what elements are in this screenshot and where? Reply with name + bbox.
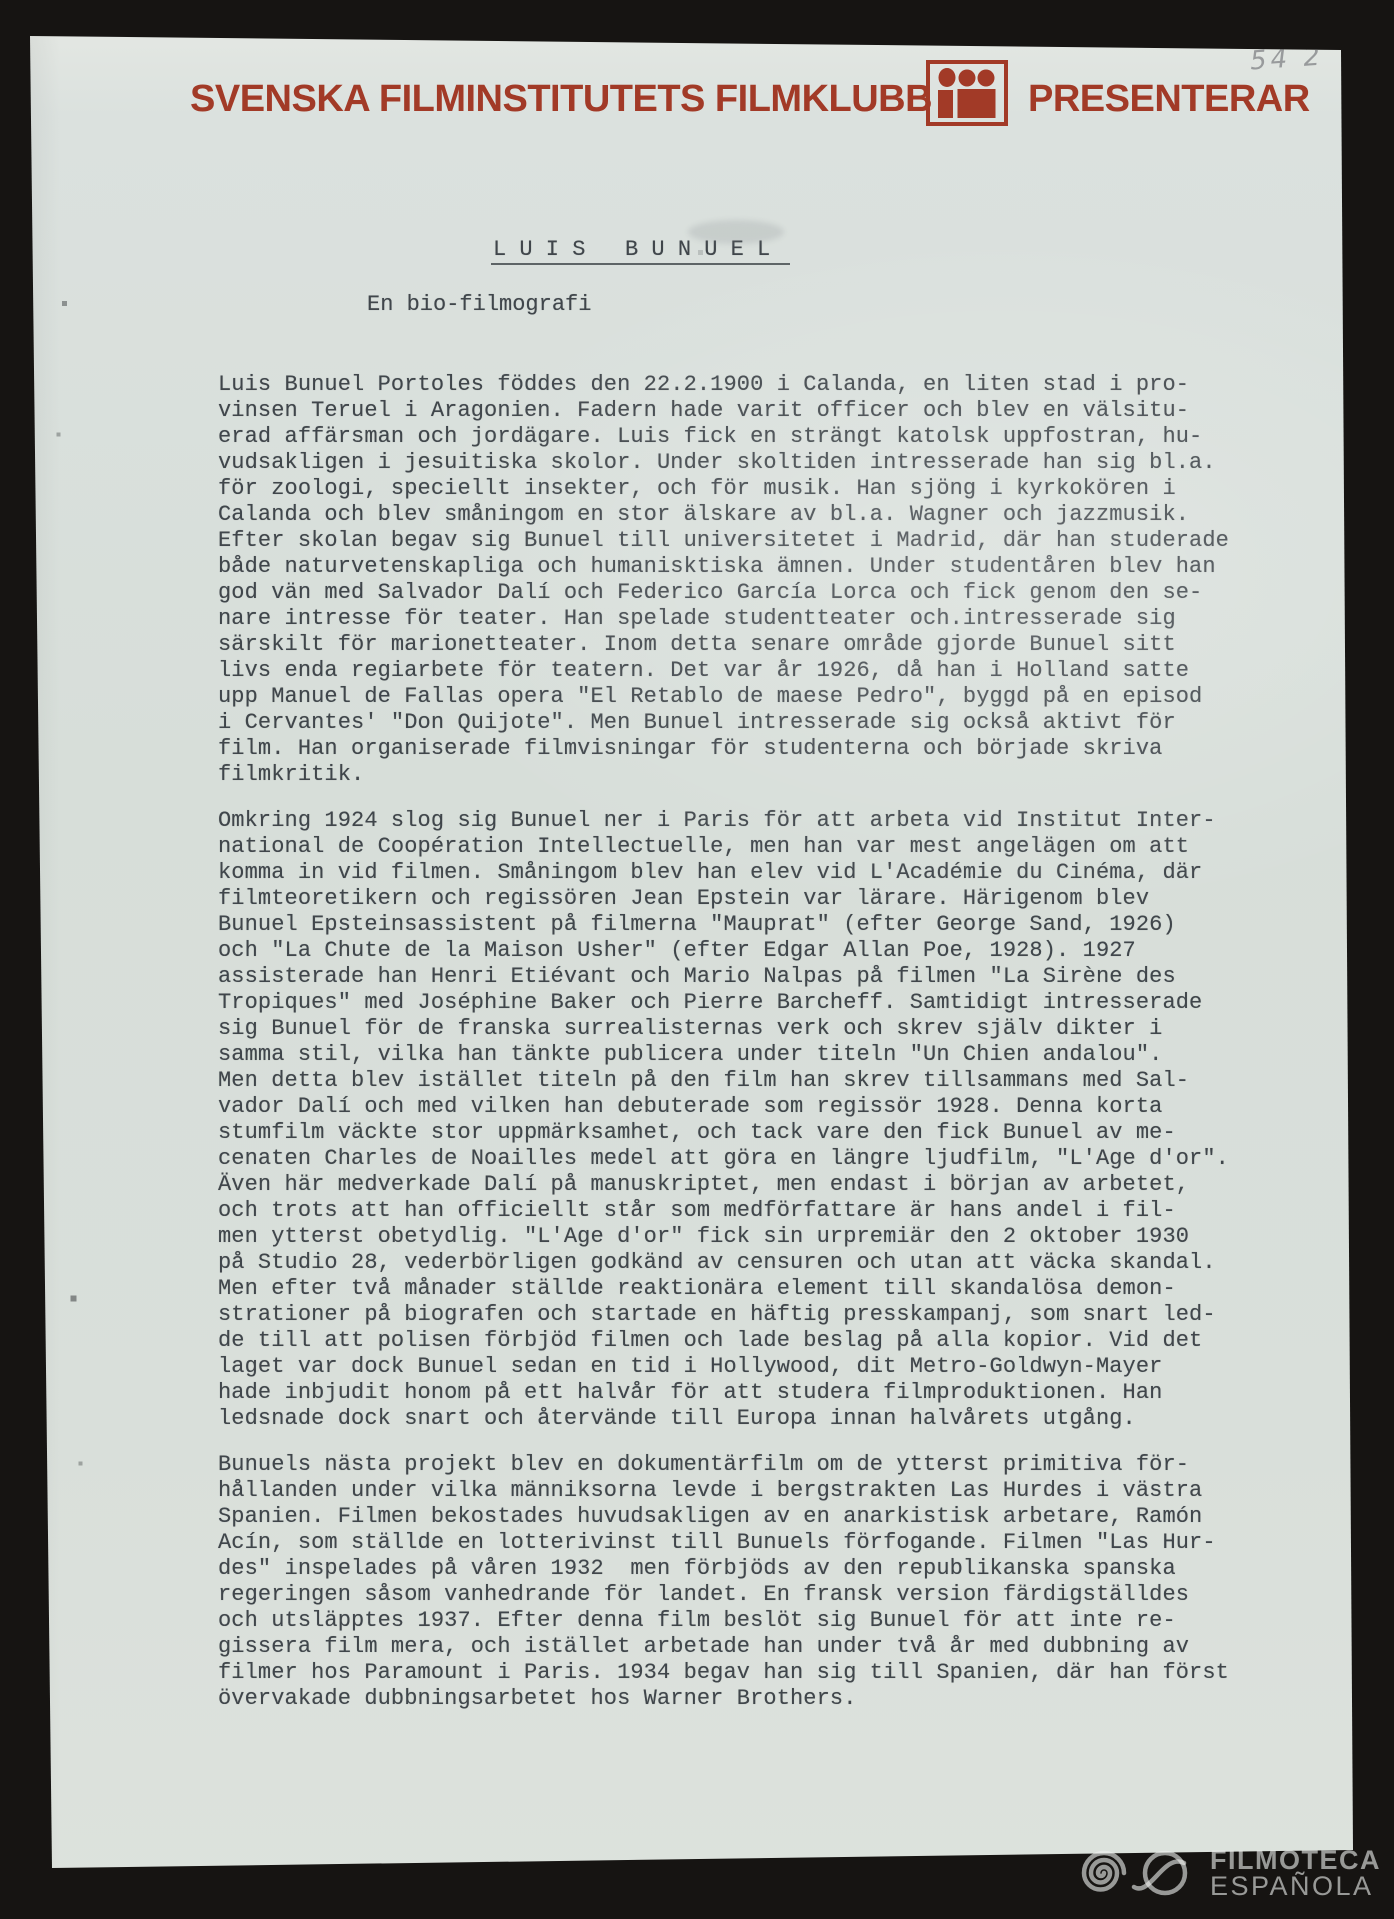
paper-sheet: SVENSKA FILMINSTITUTETS FILMKLUBB PRESEN… <box>0 0 1394 1919</box>
filmklubb-logo-icon <box>926 60 1008 126</box>
watermark-line2: ESPAÑOLA <box>1210 1873 1381 1899</box>
masthead-presents: PRESENTERAR <box>1028 80 1310 118</box>
scanned-document-page: SVENSKA FILMINSTITUTETS FILMKLUBB PRESEN… <box>0 0 1394 1919</box>
filmoteca-watermark: FILMOTECA ESPAÑOLA <box>1072 1843 1381 1903</box>
masthead-title: SVENSKA FILMINSTITUTETS FILMKLUBB <box>190 80 932 118</box>
paragraph-biography-1: Luis Bunuel Portoles föddes den 22.2.190… <box>218 372 1229 788</box>
filmoteca-logo-icon <box>1072 1843 1200 1903</box>
paragraph-biography-2: Omkring 1924 slog sig Bunuel ner i Paris… <box>218 808 1229 1432</box>
pencil-annotation: 54 2 <box>1249 41 1325 76</box>
watermark-text: FILMOTECA ESPAÑOLA <box>1210 1847 1381 1899</box>
title-underline <box>491 263 790 265</box>
paragraph-biography-3: Bunuels nästa projekt blev en dokumentär… <box>218 1452 1229 1712</box>
scan-specks <box>0 0 1 1</box>
scan-smudge <box>688 220 784 244</box>
document-subtitle: En bio-filmografi <box>367 292 591 318</box>
watermark-line1: FILMOTECA <box>1210 1847 1381 1873</box>
